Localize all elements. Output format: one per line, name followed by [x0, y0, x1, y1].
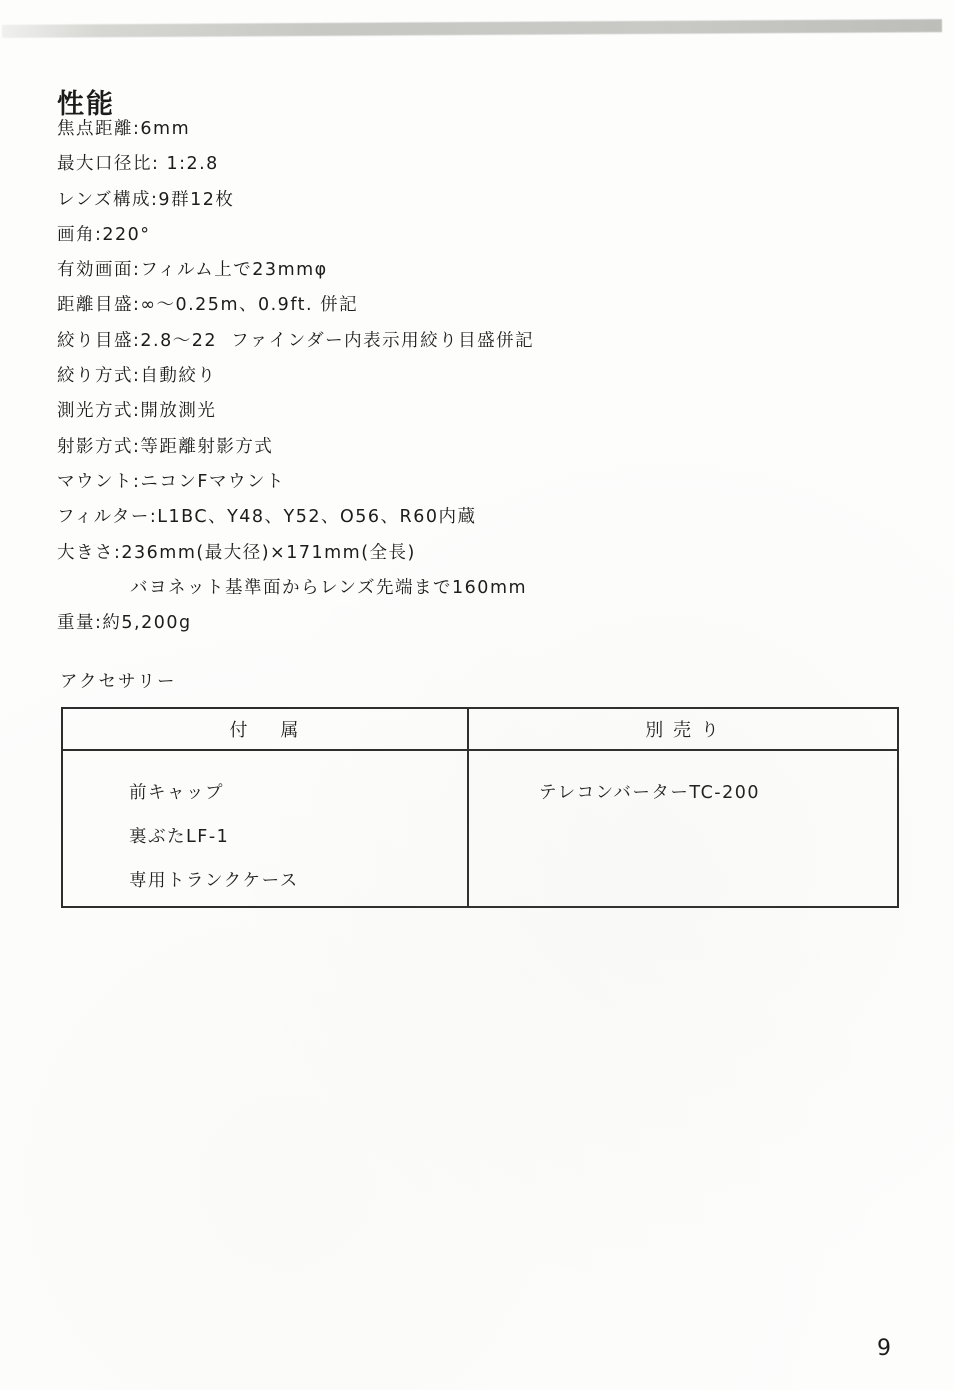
spec-line-filters: フィルター:L1BC、Y48、Y52、O56、R60内蔵 — [57, 500, 897, 535]
spec-line-metering: 測光方式:開放測光 — [57, 394, 897, 429]
accessory-front-cap: 前キャップ — [129, 771, 467, 815]
accessory-rear-cap: 裏ぶたLF-1 — [129, 815, 467, 859]
spec-line-dimensions-cont: バヨネット基準面からレンズ先端まで160mm — [57, 571, 897, 606]
spec-line-construction: レンズ構成:9群12枚 — [57, 183, 897, 218]
accessories-table: 付 属 別 売 り 前キャップ 裏ぶたLF-1 専用トランクケース テレコンバー… — [61, 707, 899, 908]
accessories-included-cell: 前キャップ 裏ぶたLF-1 専用トランクケース — [63, 751, 469, 906]
accessories-header-included: 付 属 — [63, 709, 469, 751]
spec-line-weight: 重量:約5,200g — [57, 606, 897, 641]
accessory-teleconverter: テレコンバーターTC-200 — [539, 771, 897, 815]
spec-line-image-area: 有効画面:フィルム上で23mmφ — [57, 253, 897, 288]
page-number: 9 — [877, 1336, 891, 1361]
scan-artifact-band — [2, 19, 942, 38]
accessories-separate-cell: テレコンバーターTC-200 — [469, 751, 897, 906]
spec-line-aperture-scale: 絞り目盛:2.8〜22 ファインダー内表示用絞り目盛併記 — [57, 324, 897, 359]
accessories-heading: アクセサリー — [60, 668, 176, 693]
spec-line-projection: 射影方式:等距離射影方式 — [57, 430, 897, 465]
accessories-header-separate: 別 売 り — [469, 709, 897, 751]
spec-list: 焦点距離:6mm 最大口径比: 1:2.8 レンズ構成:9群12枚 画角:220… — [57, 112, 897, 641]
spec-line-diaphragm: 絞り方式:自動絞り — [57, 359, 897, 394]
scanned-manual-page: 性能 焦点距離:6mm 最大口径比: 1:2.8 レンズ構成:9群12枚 画角:… — [0, 0, 954, 1390]
spec-line-dimensions: 大きさ:236mm(最大径)×171mm(全長) — [57, 536, 897, 571]
spec-line-focal-length: 焦点距離:6mm — [57, 112, 897, 147]
spec-line-max-aperture: 最大口径比: 1:2.8 — [57, 147, 897, 182]
spec-line-distance-scale: 距離目盛:∞〜0.25m、0.9ft. 併記 — [57, 288, 897, 323]
spec-line-mount: マウント:ニコンFマウント — [57, 465, 897, 500]
spec-line-angle-of-view: 画角:220° — [57, 218, 897, 253]
accessory-trunk-case: 専用トランクケース — [129, 859, 467, 903]
